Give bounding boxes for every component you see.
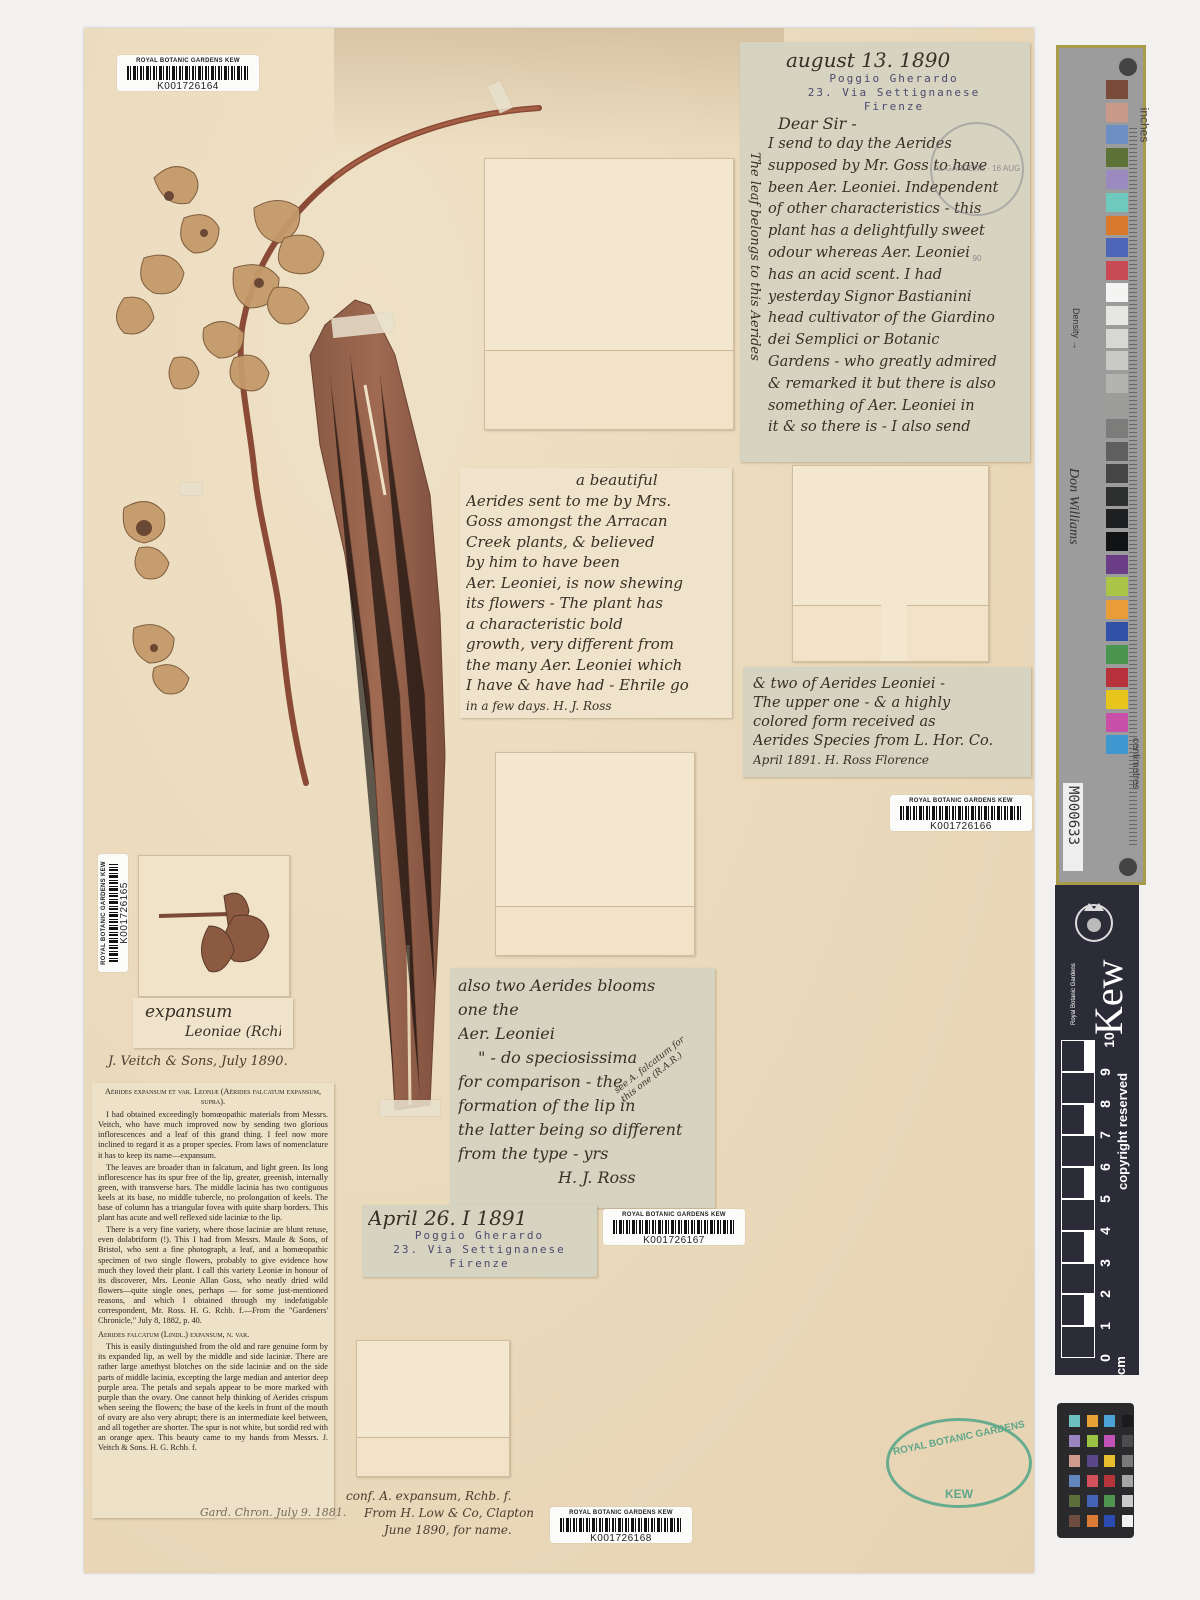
ruler-segment <box>1061 1167 1095 1199</box>
ruler-tick-label: 1 <box>1097 1322 1113 1330</box>
color-patch <box>1104 1475 1115 1487</box>
variety-name: Leoniae (Rchb. <box>145 1022 281 1042</box>
color-patch <box>1069 1455 1080 1467</box>
barcode-label-k001726166: ROYAL BOTANIC GARDENS KEW K001726166 <box>890 795 1032 831</box>
note-line: Aer. Leoniei, is now shewing <box>466 573 726 594</box>
color-swatch <box>1106 261 1128 280</box>
color-swatch <box>1106 216 1128 235</box>
color-swatch <box>1106 103 1128 122</box>
ruler-segment <box>1061 1263 1095 1295</box>
letterhead: Poggio Gherardo 23. Via Settignanese Fir… <box>368 1229 591 1271</box>
determination-label: expansum Leoniae (Rchb. <box>133 998 293 1048</box>
color-patch <box>1069 1435 1080 1447</box>
color-swatch <box>1106 374 1128 393</box>
specimen-packet <box>495 752 695 956</box>
barcode-number: K001726168 <box>550 1533 692 1544</box>
collector-note: J. Veitch & Sons, July 1890. <box>108 1054 288 1069</box>
clipping-paragraph: There is a very fine variety, where thos… <box>98 1225 328 1326</box>
note-ross-april-1891: & two of Aerides Leoniei - The upper one… <box>743 667 1031 777</box>
letter-line: & remarked it but there is also <box>768 374 1020 396</box>
color-swatch <box>1106 351 1128 370</box>
note-line: formation of the lip in <box>458 1094 707 1118</box>
color-patch <box>1069 1475 1080 1487</box>
chart-id: M000633 <box>1065 786 1081 845</box>
note-line: & two of Aerides Leoniei - <box>753 675 1021 694</box>
color-calibration-chart: inches Density → Don Williams centimetre… <box>1056 45 1146 885</box>
ruler-tick-label: 7 <box>1097 1131 1113 1139</box>
color-swatch <box>1106 396 1128 415</box>
letterhead-line: Poggio Gherardo <box>368 1229 591 1243</box>
stamp-bottom-text: KEW <box>889 1487 1029 1501</box>
gardeners-chronicle-clipping: Aërides expansum et var. Leoniæ (Aërides… <box>92 1083 334 1518</box>
letter-line: dei Semplici or Botanic <box>768 330 1020 352</box>
chart-brand: Don Williams <box>1065 468 1081 545</box>
note-line: in a few days. H. J. Ross <box>466 696 726 717</box>
ruler-segment <box>1061 1294 1095 1326</box>
note-line: its flowers - The plant has <box>466 593 726 614</box>
clipping-title-2: Aerides falcatum (Lindl.) expansum, n. v… <box>98 1330 328 1340</box>
color-swatch <box>1106 555 1128 574</box>
color-patch <box>1122 1475 1133 1487</box>
color-patch <box>1104 1435 1115 1447</box>
color-patch <box>1122 1415 1133 1427</box>
note-line: I have & have had - Ehrile go <box>466 675 726 696</box>
barcode-header: ROYAL BOTANIC GARDENS KEW <box>603 1212 745 1218</box>
color-patch <box>1104 1415 1115 1427</box>
color-patch <box>1122 1435 1133 1447</box>
ruler-tick-label: 8 <box>1097 1100 1113 1108</box>
letterhead-line: Poggio Gherardo <box>768 72 1020 86</box>
ruler-segment <box>1061 1072 1095 1104</box>
color-patch <box>1087 1475 1098 1487</box>
color-patch <box>1122 1515 1133 1527</box>
ruler-tick-label: 3 <box>1097 1259 1113 1267</box>
specimen-packet <box>356 1340 510 1477</box>
note-line: by him to have been <box>466 552 726 573</box>
density-label: Density → <box>1071 308 1081 350</box>
chart-scale <box>1129 128 1137 848</box>
barcode-label-k001726167: ROYAL BOTANIC GARDENS KEW K001726167 <box>603 1209 745 1245</box>
color-swatch <box>1106 170 1128 189</box>
flower-specimen-packet <box>138 855 290 997</box>
flower-specimen <box>139 856 289 996</box>
note-date: April 26. I 1891 <box>368 1207 591 1229</box>
receipt-stamp: AL GARDENS · 16 AUG 90 <box>930 122 1024 216</box>
barcode-label-k001726168: ROYAL BOTANIC GARDENS KEW K001726168 <box>550 1507 692 1543</box>
barcode-header: ROYAL BOTANIC GARDENS KEW <box>101 854 107 972</box>
color-swatch <box>1106 329 1128 348</box>
barcode-bars <box>900 806 1022 820</box>
kew-logo: Kew <box>1085 959 1132 1035</box>
color-patch <box>1104 1495 1115 1507</box>
note-line: colored form received as <box>753 713 1021 732</box>
color-swatch <box>1106 148 1128 167</box>
ruler-segment <box>1061 1199 1095 1231</box>
leaf-specimen <box>300 295 460 1125</box>
tape-strip <box>380 1100 440 1116</box>
barcode-label-k001726165: ROYAL BOTANIC GARDENS KEW K001726165 <box>98 854 128 972</box>
color-patch <box>1104 1515 1115 1527</box>
color-swatch <box>1106 577 1128 596</box>
letter-line: yesterday Signor Bastianini <box>768 287 1020 309</box>
inches-label: inches <box>1137 108 1151 143</box>
note-ross-comparison: also two Aerides blooms one the Aer. Leo… <box>450 968 715 1208</box>
color-swatch <box>1106 442 1128 461</box>
letter-august-1890: august 13. 1890 Poggio Gherardo 23. Via … <box>740 42 1030 462</box>
kew-subtitle: Royal Botanic Gardens <box>1071 963 1077 1025</box>
color-patch <box>1104 1455 1115 1467</box>
specimen-packet <box>484 158 734 430</box>
letter-line: it & so there is - I also send <box>768 417 1020 439</box>
ruler-tick-label: 5 <box>1097 1195 1113 1203</box>
barcode-header: ROYAL BOTANIC GARDENS KEW <box>550 1510 692 1516</box>
color-patch <box>1087 1495 1098 1507</box>
color-swatch <box>1106 125 1128 144</box>
ruler-segment <box>1061 1135 1095 1167</box>
color-patch <box>1087 1455 1098 1467</box>
note-line: one the <box>458 998 707 1022</box>
letter-date: august 13. 1890 <box>768 48 1020 72</box>
ruler-segment <box>1061 1326 1095 1358</box>
barcode-bars <box>109 864 118 962</box>
letter-line: has an acid scent. I had <box>768 265 1020 287</box>
color-patch <box>1069 1515 1080 1527</box>
letterhead-line: 23. Via Settignanese <box>368 1243 591 1257</box>
barcode-bars <box>613 1220 735 1234</box>
letter-line: plant has a delightfully sweet <box>768 221 1020 243</box>
color-swatch <box>1106 622 1128 641</box>
color-patch <box>1069 1415 1080 1427</box>
color-swatch <box>1106 80 1128 99</box>
chart-hole <box>1119 58 1137 76</box>
clipping-paragraph: I had obtained exceedingly homœopathic m… <box>98 1110 328 1160</box>
letterhead-line: Firenze <box>768 100 1020 114</box>
color-swatch <box>1106 735 1128 754</box>
barcode-number: K001726166 <box>890 821 1032 832</box>
barcode-bars <box>560 1518 682 1532</box>
kew-crest-icon <box>1069 893 1119 953</box>
copyright-label: copyright reserved <box>1115 1073 1130 1190</box>
color-swatch <box>1106 690 1128 709</box>
color-swatch <box>1106 464 1128 483</box>
cm-ruler <box>1061 1040 1095 1358</box>
note-line: conf. A. expansum, Rchb. f. <box>346 1488 534 1505</box>
letterhead-april-1891: April 26. I 1891 Poggio Gherardo 23. Via… <box>362 1205 597 1277</box>
color-swatch <box>1106 238 1128 257</box>
ruler-tick-label: 10 <box>1101 1032 1117 1048</box>
color-patch <box>1087 1415 1098 1427</box>
color-swatch <box>1106 600 1128 619</box>
barcode-header: ROYAL BOTANIC GARDENS KEW <box>890 798 1032 804</box>
taxon-name: expansum <box>145 1002 281 1022</box>
clipping-paragraph: This is easily distinguished from the ol… <box>98 1342 328 1453</box>
letter-line: odour whereas Aer. Leoniei <box>768 243 1020 265</box>
color-patch-card <box>1057 1403 1134 1538</box>
note-line: a characteristic bold <box>466 614 726 635</box>
note-line: June 1890, for name. <box>346 1522 534 1539</box>
color-swatch <box>1106 509 1128 528</box>
specimen-packet <box>792 465 989 662</box>
color-patch <box>1122 1455 1133 1467</box>
note-line: Goss amongst the Arracan <box>466 511 726 532</box>
note-line: April 1891. H. Ross Florence <box>753 751 1021 770</box>
color-swatch <box>1106 713 1128 732</box>
note-line: Creek plants, & believed <box>466 532 726 553</box>
letter-line: head cultivator of the Giardino <box>768 308 1020 330</box>
color-patch <box>1087 1435 1098 1447</box>
note-ross-aerides: a beautiful Aerides sent to me by Mrs. G… <box>460 468 732 718</box>
tape-strip <box>180 483 202 495</box>
barcode-number: K001726167 <box>603 1235 745 1246</box>
color-swatch <box>1106 487 1128 506</box>
color-swatch <box>1106 668 1128 687</box>
letterhead: Poggio Gherardo 23. Via Settignanese Fir… <box>768 72 1020 114</box>
color-swatch <box>1106 532 1128 551</box>
color-patch <box>1069 1495 1080 1507</box>
note-line: Aerides sent to me by Mrs. <box>466 491 726 512</box>
clipping-title: Aërides expansum et var. Leoniæ (Aërides… <box>98 1087 328 1107</box>
letterhead-line: 23. Via Settignanese <box>768 86 1020 100</box>
margin-note: The leaf belongs to this Aerides <box>747 152 762 361</box>
note-line: Aerides Species from L. Hor. Co. <box>753 732 1021 751</box>
color-swatch <box>1106 645 1128 664</box>
letterhead-line: Firenze <box>368 1257 591 1271</box>
color-swatch <box>1106 419 1128 438</box>
unit-label: cm <box>1113 1356 1128 1375</box>
note-line: a beautiful <box>466 470 726 491</box>
note-line: the many Aer. Leoniei which <box>466 655 726 676</box>
note-line: for comparison - the <box>458 1070 707 1094</box>
clipping-paragraph: The leaves are broader than in falcatum,… <box>98 1163 328 1224</box>
note-line: H. J. Ross <box>458 1166 707 1190</box>
ruler-tick-label: 0 <box>1097 1354 1113 1362</box>
letter-line: Gardens - who greatly admired <box>768 352 1020 374</box>
barcode-number: K001726165 <box>119 854 130 972</box>
color-swatch <box>1106 193 1128 212</box>
ruler-tick-label: 9 <box>1097 1068 1113 1076</box>
kew-scale-bar: Kew Royal Botanic Gardens copyright rese… <box>1055 885 1139 1375</box>
clipping-source-note: Gard. Chron. July 9. 1881. <box>200 1506 346 1519</box>
kew-herbarium-stamp: ROYAL BOTANIC GARDENS KEW <box>886 1418 1032 1508</box>
note-line: also two Aerides blooms <box>458 974 707 998</box>
ruler-tick-label: 6 <box>1097 1163 1113 1171</box>
ruler-tick-label: 4 <box>1097 1227 1113 1235</box>
color-swatch <box>1106 283 1128 302</box>
note-line: growth, very different from <box>466 634 726 655</box>
note-line: the latter being so different <box>458 1118 707 1142</box>
chart-hole <box>1119 858 1137 876</box>
color-patch <box>1087 1515 1098 1527</box>
letter-line: something of Aer. Leoniei in <box>768 396 1020 418</box>
note-line: From H. Low & Co, Clapton <box>346 1505 534 1522</box>
color-swatch <box>1106 306 1128 325</box>
ruler-segment <box>1061 1231 1095 1263</box>
note-line: The upper one - & a highly <box>753 694 1021 713</box>
color-patch <box>1122 1495 1133 1507</box>
ruler-tick-label: 2 <box>1097 1290 1113 1298</box>
ruler-segment <box>1061 1040 1095 1072</box>
bottom-note: conf. A. expansum, Rchb. f. From H. Low … <box>346 1488 534 1539</box>
note-line: from the type - yrs <box>458 1142 707 1166</box>
ruler-segment <box>1061 1104 1095 1136</box>
